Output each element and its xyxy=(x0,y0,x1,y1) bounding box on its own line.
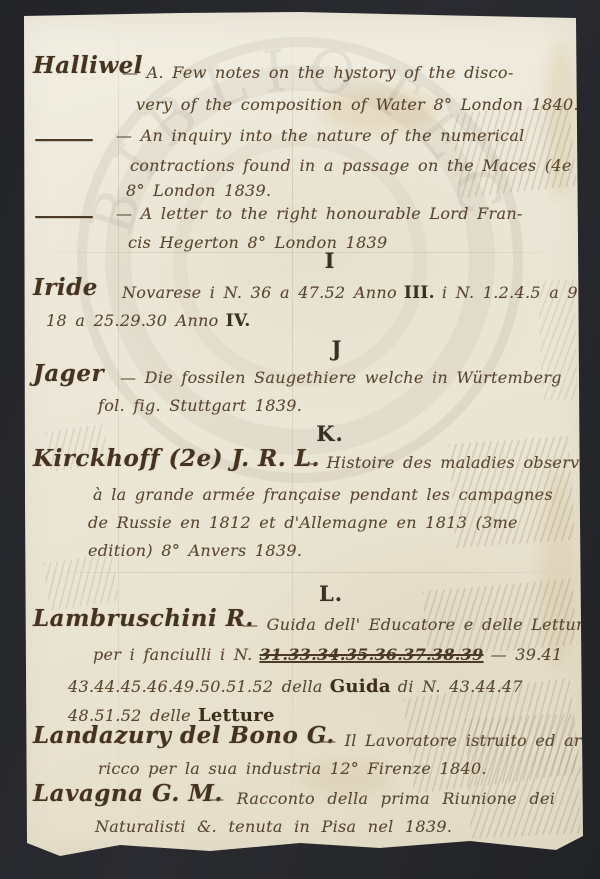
line-text: Novarese i N. 36 a 47.52 Anno xyxy=(122,283,397,302)
manuscript-page: BIBLIOTECA Halliwel — A. Few notes on th… xyxy=(0,0,600,879)
entry-name-jager: Jager xyxy=(33,360,104,387)
fold-crease xyxy=(28,252,573,253)
entry-line: cis Hegerton 8° London 1839 xyxy=(128,233,388,252)
roman-numeral: III. xyxy=(404,283,435,303)
line-text: i N. 1.2.4.5 a 9. xyxy=(442,283,583,302)
entry-name-kirckhoff: Kirckhoff (2e) J. R. L. xyxy=(33,445,320,472)
entry-line: de Russie en 1812 et d'Allemagne en 1813… xyxy=(88,513,518,532)
entry-line: 43.44.45.46.49.50.51.52 dellaGuidadi N. … xyxy=(68,676,523,697)
entry-line: — Die fossilen Saugethiere welche in Wür… xyxy=(120,368,562,387)
entry-line: contractions found in a passage on the M… xyxy=(130,156,600,175)
bleedthrough-hatch xyxy=(451,102,577,198)
line-text: — 39.41 xyxy=(491,645,563,664)
entry-name-landazury: Landazury del Bono G. xyxy=(33,722,335,749)
section-header-j: J xyxy=(332,336,343,361)
line-text: 18 a 25.29.30 Anno xyxy=(46,311,219,330)
entry-line: Naturalisti &. tenuta in Pisa nel 1839. xyxy=(95,817,452,836)
entry-line: — Histoire des maladies observées xyxy=(302,453,600,472)
entry-line: per i fanciulli i N.31.33.34.35.36.37.38… xyxy=(93,645,563,664)
emphasized-word: Guida xyxy=(330,676,391,697)
entry-name-lavagna: Lavagna G. M. xyxy=(33,780,223,807)
entry-line: Novarese i N. 36 a 47.52 AnnoIII.i N. 1.… xyxy=(122,283,583,303)
entry-line: very of the composition of Water 8° Lond… xyxy=(136,95,579,114)
scan-background: BIBLIOTECA Halliwel — A. Few notes on th… xyxy=(0,0,600,879)
entry-line: ricco per la sua industria 12° Firenze 1… xyxy=(98,759,487,778)
entry-name-iride: Iride xyxy=(33,274,98,301)
library-stamp-watermark: BIBLIOTECA xyxy=(60,20,540,500)
entry-line: 18 a 25.29.30 AnnoIV. xyxy=(46,311,251,331)
entry-line: — An inquiry into the nature of the nume… xyxy=(116,126,525,145)
entry-line: — Il Lavoratore istruito ed ar- xyxy=(320,731,588,750)
ditto-mark xyxy=(35,139,93,141)
entry-line: 8° London 1839. xyxy=(126,181,271,200)
section-header-l: L. xyxy=(319,581,343,606)
entry-line: — Guida dell' Educatore e delle Letture xyxy=(242,615,594,634)
entry-line: à la grande armée française pendant les … xyxy=(93,485,553,504)
struck-numbers: 31.33.34.35.36.37.38.39 xyxy=(260,645,484,664)
entry-line: fol. fig. Stuttgart 1839. xyxy=(98,396,302,415)
line-text: 43.44.45.46.49.50.51.52 della xyxy=(68,677,323,696)
section-header-i: I xyxy=(325,248,336,273)
line-text: di N. 43.44.47 xyxy=(398,677,523,696)
line-text: per i fanciulli i N. xyxy=(93,645,253,664)
section-header-k: K. xyxy=(316,421,344,446)
bleedthrough-hatch xyxy=(43,553,119,610)
roman-numeral: IV. xyxy=(226,311,251,331)
entry-name-lambruschini: Lambruschini R. xyxy=(33,605,254,632)
entry-line: — A. Few notes on the hystory of the dis… xyxy=(122,63,514,82)
entry-line: — A letter to the right honourable Lord … xyxy=(116,204,523,223)
entry-line: — Racconto della prima Riunione dei xyxy=(208,789,555,808)
ditto-mark xyxy=(35,216,93,218)
entry-line: edition) 8° Anvers 1839. xyxy=(88,541,302,560)
